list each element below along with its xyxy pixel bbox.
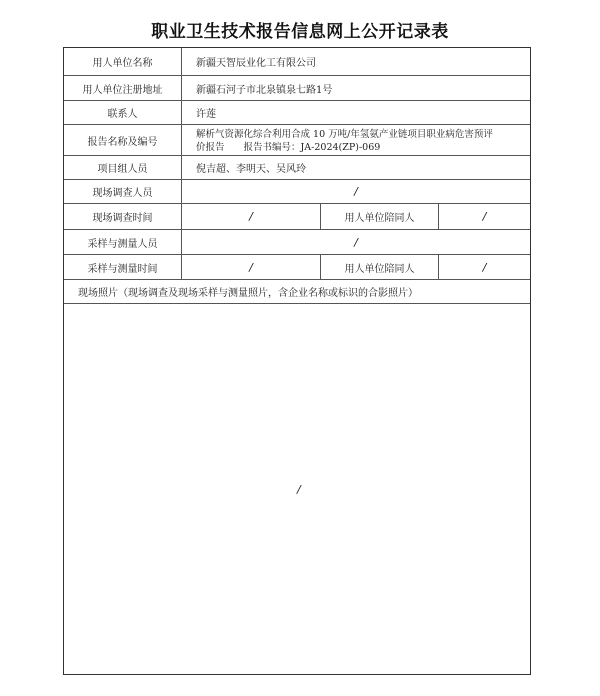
employer-name-label: 用人单位名称: [64, 48, 182, 75]
sampling-escort-label: 用人单位陪同人: [321, 255, 439, 279]
sampling-time-value: /: [182, 255, 321, 279]
employer-address-value: 新疆石河子市北泉镇泉七路1号: [182, 76, 530, 100]
report-value: 解析气资源化综合利用合成 10 万吨/年氢氨产业链项目职业病危害预评 价报告 报…: [182, 125, 530, 155]
contact-value: 许莲: [182, 101, 530, 124]
report-value-line2: 价报告 报告书编号：JA-2024(ZP)-069: [196, 141, 526, 154]
row-report: 报告名称及编号 解析气资源化综合利用合成 10 万吨/年氢氨产业链项目职业病危害…: [64, 125, 530, 156]
contact-label: 联系人: [64, 101, 182, 124]
report-label: 报告名称及编号: [64, 125, 182, 155]
record-table: 用人单位名称 新疆天智辰业化工有限公司 用人单位注册地址 新疆石河子市北泉镇泉七…: [63, 47, 531, 675]
sampling-staff-label: 采样与测量人员: [64, 230, 182, 254]
photo-value: /: [297, 483, 301, 496]
sampling-time-label: 采样与测量时间: [64, 255, 182, 279]
photo-area: /: [64, 303, 530, 674]
survey-escort-label: 用人单位陪同人: [321, 204, 439, 229]
sampling-escort-value: /: [439, 255, 530, 279]
row-contact: 联系人 许莲: [64, 101, 530, 125]
team-value: 倪吉超、李明天、吴风玲: [182, 156, 530, 179]
photos-header: 现场照片（现场调查及现场采样与测量照片，含企业名称或标识的合影照片）: [64, 280, 530, 303]
row-team: 项目组人员 倪吉超、李明天、吴风玲: [64, 156, 530, 180]
employer-name-value: 新疆天智辰业化工有限公司: [182, 48, 530, 75]
page-title: 职业卫生技术报告信息网上公开记录表: [0, 17, 600, 42]
survey-escort-value: /: [439, 204, 530, 229]
survey-staff-value: /: [182, 180, 530, 203]
row-sampling-time: 采样与测量时间 / 用人单位陪同人 /: [64, 255, 530, 280]
sampling-staff-value: /: [182, 230, 530, 254]
team-label: 项目组人员: [64, 156, 182, 179]
row-employer-address: 用人单位注册地址 新疆石河子市北泉镇泉七路1号: [64, 76, 530, 101]
employer-address-label: 用人单位注册地址: [64, 76, 182, 100]
row-survey-time: 现场调查时间 / 用人单位陪同人 /: [64, 204, 530, 230]
row-sampling-staff: 采样与测量人员 /: [64, 230, 530, 255]
survey-time-value: /: [182, 204, 321, 229]
report-value-line1: 解析气资源化综合利用合成 10 万吨/年氢氨产业链项目职业病危害预评: [196, 128, 526, 141]
row-employer-name: 用人单位名称 新疆天智辰业化工有限公司: [64, 48, 530, 76]
survey-staff-label: 现场调查人员: [64, 180, 182, 203]
survey-time-label: 现场调查时间: [64, 204, 182, 229]
row-photos-header: 现场照片（现场调查及现场采样与测量照片，含企业名称或标识的合影照片）: [64, 280, 530, 304]
row-survey-staff: 现场调查人员 /: [64, 180, 530, 204]
